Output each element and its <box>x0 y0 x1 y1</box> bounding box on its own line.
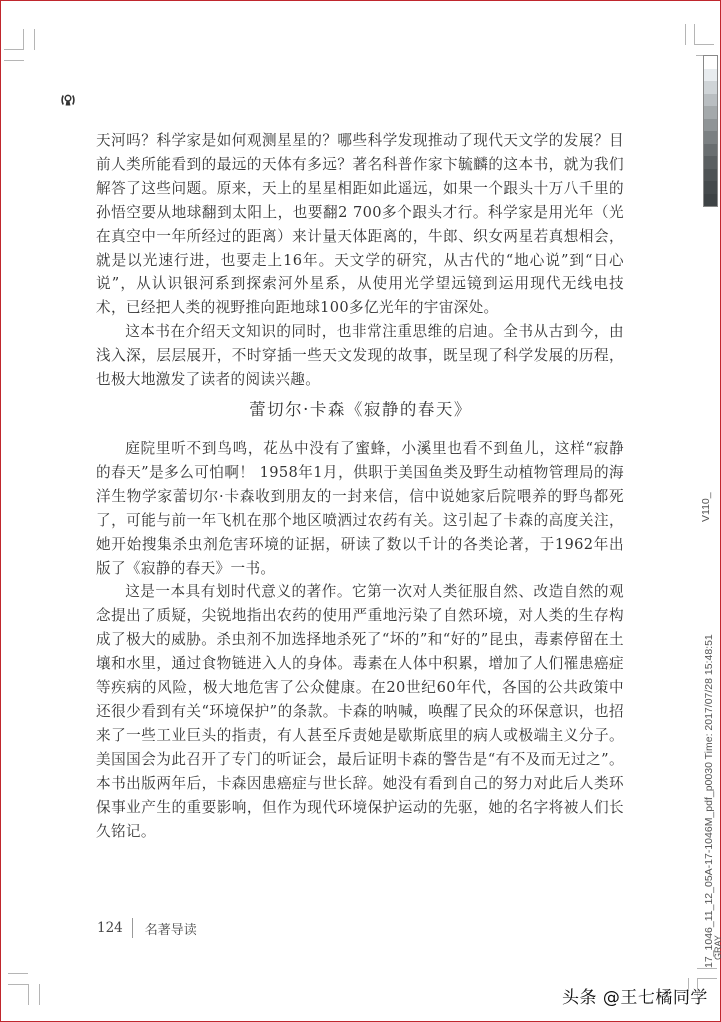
grayscale-step <box>704 169 717 182</box>
page-number: 124 <box>97 920 123 936</box>
grayscale-step <box>704 94 717 107</box>
body-text-bottom: 庭院里听不到鸟鸣，花丛中没有了蜜蜂，小溪里也看不到鱼儿，这样“寂静的春天”是多么… <box>96 437 624 843</box>
grayscale-step <box>704 69 717 82</box>
crop-mark-top-left <box>34 29 35 50</box>
section-title: 蕾切尔·卡森《寂静的春天》 <box>0 396 721 420</box>
crop-mark-top-right <box>685 24 686 45</box>
paragraph: 这本书在介绍天文知识的同时，也非常注重思维的启迪。全书从古到今，由浅入深，层层展… <box>96 320 624 392</box>
grayscale-step <box>704 181 717 194</box>
grayscale-step <box>704 131 717 144</box>
paragraph: 这是一本具有划时代意义的著作。它第一次对人类征服自然、改造自然的观念提出了质疑，… <box>96 580 624 843</box>
crop-mark-top-left <box>4 60 24 61</box>
grayscale-step <box>704 156 717 169</box>
book-title: 名著导读 <box>145 919 197 938</box>
crop-mark-top-left <box>23 29 24 50</box>
crop-mark-top-right <box>694 44 714 45</box>
paragraph: 天河吗？科学家是如何观测星星的？哪些科学发现推动了现代天文学的发展？目前人类所能… <box>96 129 624 320</box>
printer-code-top: V110_ <box>700 492 712 522</box>
crop-mark-bottom-left <box>28 984 29 1005</box>
grayscale-step <box>704 106 717 119</box>
grayscale-step <box>704 119 717 132</box>
grayscale-calibration-strip <box>703 55 718 207</box>
crop-mark-top-right <box>694 24 695 45</box>
printer-code-gray: GRAY <box>713 935 721 960</box>
grayscale-step <box>704 81 717 94</box>
page-footer: 124 名著导读 <box>97 918 197 938</box>
watermark: 头条 @王七橘同学 <box>562 983 708 1008</box>
crop-mark-bottom-right <box>697 968 717 969</box>
crop-mark-bottom-left <box>8 984 28 985</box>
crop-mark-bottom-right <box>697 978 717 979</box>
grayscale-step <box>704 56 717 69</box>
body-text-top: 天河吗？科学家是如何观测星星的？哪些科学发现推动了现代天文学的发展？目前人类所能… <box>96 129 624 392</box>
grayscale-step <box>704 144 717 157</box>
crop-mark-bottom-left <box>8 973 28 974</box>
paragraph: 庭院里听不到鸟鸣，花丛中没有了蜜蜂，小溪里也看不到鱼儿，这样“寂静的春天”是多么… <box>96 437 624 580</box>
footer-divider <box>132 918 133 938</box>
printer-code-bottom: 17_1046_11_12_05A-17-1046M_pdf_p0030 Tim… <box>703 634 715 968</box>
crop-mark-bottom-left <box>39 984 40 1005</box>
radio-tower-icon <box>60 92 76 108</box>
grayscale-step <box>704 194 717 207</box>
crop-mark-top-left <box>4 49 24 50</box>
